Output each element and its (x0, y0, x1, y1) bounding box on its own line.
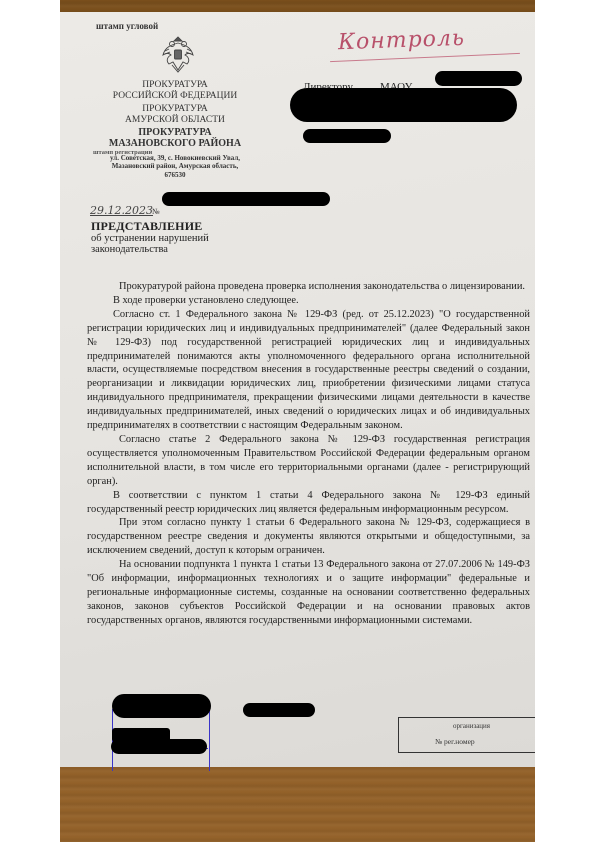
redaction-document-number (162, 192, 330, 206)
body-paragraph: При этом согласно пункту 1 статьи 6 Феде… (87, 516, 530, 558)
body-paragraph: Прокуратурой района проведена проверка и… (87, 280, 530, 294)
registration-org-label: организация (399, 722, 535, 730)
redaction-recipient-name (435, 71, 522, 86)
document-number-sign: № (152, 207, 160, 216)
paper-sheet: штамп угловой ПРОКУРАТУРА РОССИЙСКОЙ ФЕД… (60, 12, 535, 767)
redaction-signer-name (111, 739, 207, 754)
handwritten-control-note: Контроль (338, 26, 466, 55)
document-body: Прокуратурой района проведена проверка и… (87, 280, 530, 628)
org-line-5: ПРОКУРАТУРА (80, 128, 270, 139)
redaction-signature (243, 703, 315, 717)
body-paragraph: В ходе проверки установлено следующее. (87, 294, 530, 308)
body-paragraph: На основании подпункта 1 пункта 1 статьи… (87, 558, 530, 628)
body-paragraph: Согласно статье 2 Федерального закона № … (87, 433, 530, 489)
org-line-6: МАЗАНОВСКОГО РАЙОНА (80, 139, 270, 150)
body-paragraph: Согласно ст. 1 Федерального закона № 129… (87, 308, 530, 433)
body-paragraph: В соответствии с пунктом 1 статьи 4 Феде… (87, 489, 530, 517)
russian-coat-of-arms-icon (161, 35, 195, 73)
document-photo: штамп угловой ПРОКУРАТУРА РОССИЙСКОЙ ФЕД… (60, 0, 535, 842)
redaction-recipient-org (290, 88, 517, 122)
org-line-4: АМУРСКОЙ ОБЛАСТИ (80, 115, 270, 126)
org-line-2: РОССИЙСКОЙ ФЕДЕРАЦИИ (80, 91, 270, 102)
corner-stamp-label: штамп угловой (96, 21, 158, 31)
address-line-3: 676530 (80, 171, 270, 180)
redaction-signer-position (112, 694, 211, 718)
address-line-2: Мазановский район, Амурская область, (80, 162, 270, 171)
document-date: 29.12.2023 (90, 204, 153, 217)
redaction-recipient-extra (303, 129, 391, 143)
document-title: ПРЕДСТАВЛЕНИЕ (91, 219, 202, 234)
registration-number-label: № рег.номер (435, 737, 475, 746)
org-line-3: ПРОКУРАТУРА (80, 104, 270, 115)
registration-box: организация № рег.номер (398, 717, 535, 753)
document-subtitle: об устранении нарушений законодательства (91, 233, 281, 255)
org-line-1: ПРОКУРАТУРА (80, 80, 270, 91)
